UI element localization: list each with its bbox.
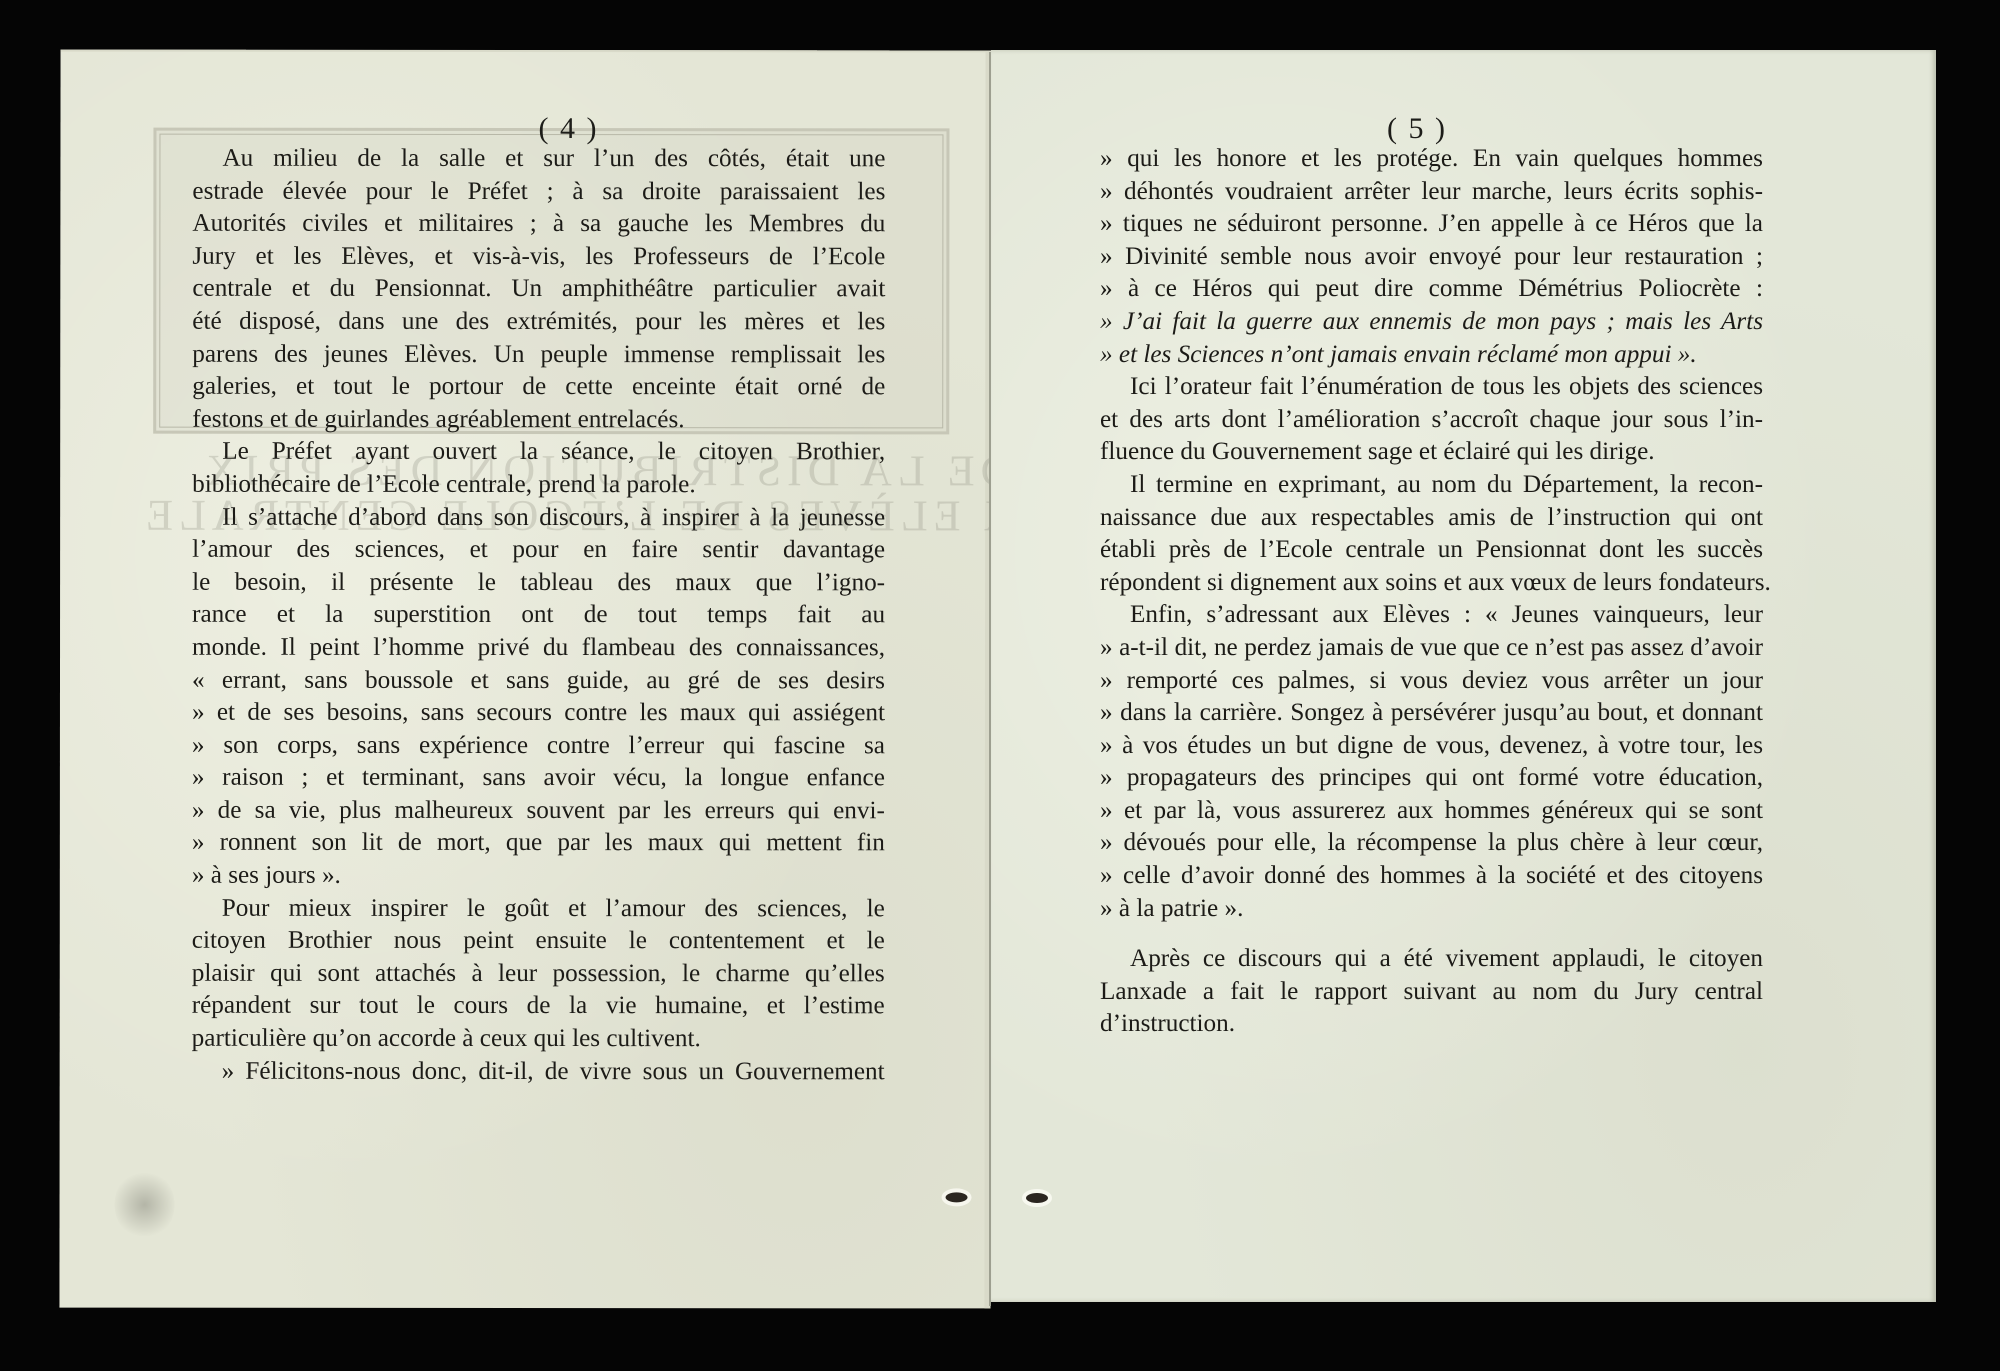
text-line: » et par là, vous assurerez aux hommes g… xyxy=(1100,795,1763,828)
text-line: citoyen Brothier nous peint ensuite le c… xyxy=(192,925,885,958)
page-number-right: ( 5 ) xyxy=(1387,112,1447,146)
text-line: été disposé, dans une des extrémités, po… xyxy=(192,306,885,339)
text-line: » déhontés voudraient arrêter leur march… xyxy=(1100,176,1763,209)
text-line: » à la patrie ». xyxy=(1100,893,1763,926)
text-line: » raison ; et terminant, sans avoir vécu… xyxy=(192,762,885,795)
book-spread: DE LA DISTRIBUTION DES PRIX AUX ELÈVES D… xyxy=(0,0,2000,1371)
text-line: répandent sur tout le cours de la vie hu… xyxy=(192,990,885,1023)
left-page-text: Au milieu de la salle et sur l’un des cô… xyxy=(192,143,886,1089)
text-line: » dans la carrière. Songez à persévérer … xyxy=(1100,697,1763,730)
right-page: ( 5 ) » qui les honore et les protége. E… xyxy=(991,50,1936,1302)
text-line: Lanxade a fait le rapport suivant au nom… xyxy=(1100,976,1763,1009)
text-line: » de sa vie, plus malheureux souvent par… xyxy=(192,795,885,828)
binding-hole-left xyxy=(946,1192,968,1202)
text-line: Au milieu de la salle et sur l’un des cô… xyxy=(192,143,885,176)
text-line: » à ce Héros qui peut dire comme Démétri… xyxy=(1100,273,1763,306)
text-line: Après ce discours qui a été vivement app… xyxy=(1100,943,1763,976)
text-line: » J’ai fait la guerre aux ennemis de mon… xyxy=(1100,306,1763,339)
text-line: établi près de l’Ecole centrale un Pensi… xyxy=(1100,534,1763,567)
text-line: » Divinité semble nous avoir envoyé pour… xyxy=(1100,241,1763,274)
text-line: d’instruction. xyxy=(1100,1008,1763,1041)
text-line: » remporté ces palmes, si vous deviez vo… xyxy=(1100,665,1763,698)
binding-hole-right xyxy=(1026,1193,1048,1203)
text-line: Il s’attache d’abord dans son discours, … xyxy=(192,501,885,534)
text-line: Il termine en exprimant, au nom du Dépar… xyxy=(1100,469,1763,502)
text-line: Autorités civiles et militaires ; à sa g… xyxy=(192,208,885,241)
text-line: fluence du Gouvernement sage et éclairé … xyxy=(1100,436,1763,469)
ink-stain xyxy=(115,1170,175,1240)
text-line: Le Préfet ayant ouvert la séance, le cit… xyxy=(192,436,885,469)
text-line: galeries, et tout le portour de cette en… xyxy=(192,371,885,404)
text-line: » qui les honore et les protége. En vain… xyxy=(1100,143,1763,176)
text-line: et des arts dont l’amélioration s’accroî… xyxy=(1100,404,1763,437)
text-line: » a-t-il dit, ne perdez jamais de vue qu… xyxy=(1100,632,1763,665)
page-number-left: ( 4 ) xyxy=(538,112,598,146)
text-line: bibliothécaire de l’Ecole centrale, pren… xyxy=(192,469,885,502)
text-line: » à ses jours ». xyxy=(192,860,885,893)
left-page: DE LA DISTRIBUTION DES PRIX AUX ELÈVES D… xyxy=(59,50,991,1309)
text-line: » celle d’avoir donné des hommes à la so… xyxy=(1100,860,1763,893)
right-page-text: » qui les honore et les protége. En vain… xyxy=(1100,143,1763,1041)
text-line: l’amour des sciences, et pour en faire s… xyxy=(192,534,885,567)
text-line: parens des jeunes Elèves. Un peuple imme… xyxy=(192,338,885,371)
text-line: » à vos études un but digne de vous, dev… xyxy=(1100,730,1763,763)
text-line: » et les Sciences n’ont jamais envain ré… xyxy=(1100,339,1763,372)
text-line: Ici l’orateur fait l’énumération de tous… xyxy=(1100,371,1763,404)
text-line: Enfin, s’adressant aux Elèves : « Jeunes… xyxy=(1100,599,1763,632)
text-line: » propagateurs des principes qui ont for… xyxy=(1100,762,1763,795)
text-line: monde. Il peint l’homme privé du flambea… xyxy=(192,632,885,665)
text-line: » et de ses besoins, sans secours contre… xyxy=(192,697,885,730)
paragraph-gap xyxy=(1100,925,1763,943)
text-line: répondent si dignement aux soins et aux … xyxy=(1100,567,1763,600)
text-line: » son corps, sans expérience contre l’er… xyxy=(192,729,885,762)
text-line: naissance due aux respectables amis de l… xyxy=(1100,502,1763,535)
text-line: Jury et les Elèves, et vis-à-vis, les Pr… xyxy=(192,240,885,273)
text-line: estrade élevée pour le Préfet ; à sa dro… xyxy=(192,175,885,208)
text-line: centrale et du Pensionnat. Un amphithéât… xyxy=(192,273,885,306)
text-line: le besoin, il présente le tableau des ma… xyxy=(192,566,885,599)
text-line: « errant, sans boussole et sans guide, a… xyxy=(192,664,885,697)
text-line: » tiques ne séduiront personne. J’en app… xyxy=(1100,208,1763,241)
text-line: » dévoués pour elle, la récompense la pl… xyxy=(1100,827,1763,860)
text-line: » Félicitons-nous donc, dit-il, de vivre… xyxy=(192,1055,885,1088)
text-line: plaisir qui sont attachés à leur possess… xyxy=(192,958,885,991)
text-line: » ronnent son lit de mort, que par les m… xyxy=(192,827,885,860)
text-line: festons et de guirlandes agréablement en… xyxy=(192,403,885,436)
text-line: rance et la superstition ont de tout tem… xyxy=(192,599,885,632)
text-line: Pour mieux inspirer le goût et l’amour d… xyxy=(192,892,885,925)
text-line: particulière qu’on accorde à ceux qui le… xyxy=(192,1023,885,1056)
